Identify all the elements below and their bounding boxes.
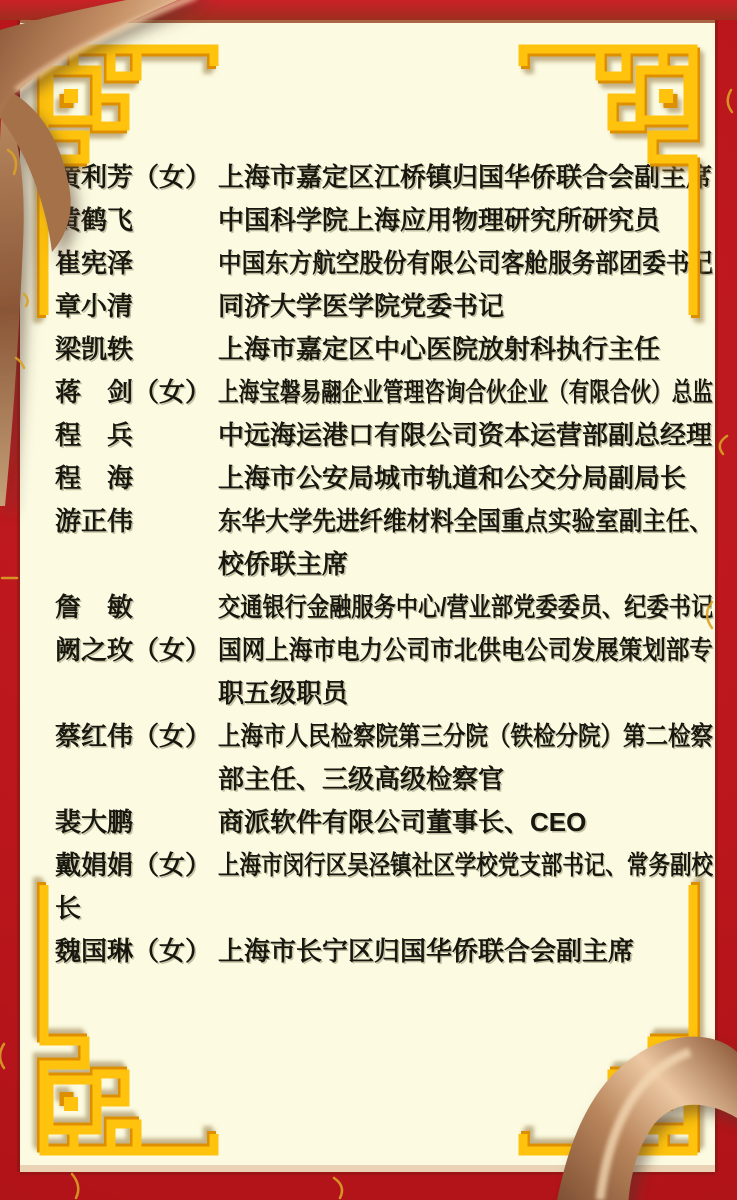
entry-desc-cell: 上海市人民检察院第三分院（铁检分院）第二检察 [218,723,713,750]
entry-line: 章小清 同济大学医学院党委书记 [55,285,713,328]
entry-desc-cell: 部主任、三级高级检察官 [218,766,713,793]
entry-name-cell: 蔡红伟（女） [55,723,218,750]
entry-line: 黄利芳（女） 上海市嘉定区江桥镇归国华侨联合会副主席 [55,156,713,199]
entry-desc-cell: 职五级职员 [218,680,713,707]
entry-name: 戴娟娟（女） [55,852,211,878]
entry-desc-cell: 上海市闵行区吴泾镇社区学校党支部书记、常务副校 [218,852,713,879]
entry-description: 同济大学医学院党委书记 [218,293,504,319]
entry-line: 阙之玫（女） 国网上海市电力公司市北供电公司发展策划部专 [55,629,713,672]
entry-name-cell: 梁凯轶 [55,336,218,363]
entry-description: 部主任、三级高级检察官 [218,766,504,792]
entry-description: 上海市嘉定区江桥镇归国华侨联合会副主席 [218,164,712,190]
entry-line: 职五级职员 [55,672,713,715]
entry-name-cell: 黄鹤飞 [55,207,218,234]
entry-name: 蒋 剑（女） [55,379,211,405]
entry-name-cell [55,685,218,703]
entry-name: 崔宪泽 [55,250,133,276]
entry-description: 交通银行金融服务中心/营业部党委委员、纪委书记 [218,594,713,620]
entry-line: 游正伟 东华大学先进纤维材料全国重点实验室副主任、 [55,500,713,543]
entry-name: 梁凯轶 [55,336,133,362]
entry-desc-cell: 中国科学院上海应用物理研究所研究员 [218,207,713,234]
entry-name-cell: 蒋 剑（女） [55,379,218,406]
entry-name-cell: 裴大鹏 [55,809,218,836]
entry-line: 长 [55,887,713,930]
entry-description: 中国东方航空股份有限公司客舱服务部团委书记 [218,250,713,276]
entry-name: 蔡红伟（女） [55,723,211,749]
entry-line: 崔宪泽 中国东方航空股份有限公司客舱服务部团委书记 [55,242,713,285]
entry-line: 裴大鹏 商派软件有限公司董事长、CEO [55,801,713,844]
entry-line: 黄鹤飞 中国科学院上海应用物理研究所研究员 [55,199,713,242]
entry-description: 国网上海市电力公司市北供电公司发展策划部专 [218,637,713,663]
entry-desc-cell: 上海市长宁区归国华侨联合会副主席 [218,938,713,965]
entry-desc-cell: 上海宝磐易翮企业管理咨询合伙企业（有限合伙）总监 [218,379,713,406]
entry-name-cell: 长 [55,895,218,922]
entry-desc-cell: 中远海运港口有限公司资本运营部副总经理 [218,422,713,449]
entry-name-cell [55,556,218,574]
entry-line: 梁凯轶 上海市嘉定区中心医院放射科执行主任 [55,328,713,371]
entry-description: 商派软件有限公司董事长、CEO [218,809,586,835]
entry-name: 黄利芳（女） [55,164,211,190]
entry-name-cell: 黄利芳（女） [55,164,218,191]
entry-desc-cell [218,900,713,918]
entry-line: 戴娟娟（女） 上海市闵行区吴泾镇社区学校党支部书记、常务副校 [55,844,713,887]
entry-name: 程 海 [55,465,133,491]
entry-name-cell: 戴娟娟（女） [55,852,218,879]
entry-name: 魏国琳（女） [55,938,211,964]
entry-line: 詹 敏 交通银行金融服务中心/营业部党委委员、纪委书记 [55,586,713,629]
entry-description: 上海宝磐易翮企业管理咨询合伙企业（有限合伙）总监 [218,379,713,405]
entry-description: 中远海运港口有限公司资本运营部副总经理 [218,422,712,448]
entry-desc-cell: 上海市嘉定区中心医院放射科执行主任 [218,336,713,363]
entry-name-cell: 章小清 [55,293,218,320]
entry-desc-cell: 东华大学先进纤维材料全国重点实验室副主任、 [218,508,713,535]
entry-desc-cell: 上海市公安局城市轨道和公交分局副局长 [218,465,713,492]
entry-description: 中国科学院上海应用物理研究所研究员 [218,207,660,233]
entry-name-cell: 阙之玫（女） [55,637,218,664]
entry-description: 上海市公安局城市轨道和公交分局副局长 [218,465,686,491]
entry-name: 游正伟 [55,508,133,534]
entry-description: 上海市长宁区归国华侨联合会副主席 [218,938,634,964]
entry-desc-cell: 上海市嘉定区江桥镇归国华侨联合会副主席 [218,164,713,191]
entry-name-cell [55,771,218,789]
entry-line: 部主任、三级高级检察官 [55,758,713,801]
entry-desc-cell: 交通银行金融服务中心/营业部党委委员、纪委书记 [218,594,713,621]
entry-name-cell: 程 海 [55,465,218,492]
entry-line: 蒋 剑（女） 上海宝磐易翮企业管理咨询合伙企业（有限合伙）总监 [55,371,713,414]
entry-description: 上海市嘉定区中心医院放射科执行主任 [218,336,660,362]
entry-name: 章小清 [55,293,133,319]
entry-desc-cell: 中国东方航空股份有限公司客舱服务部团委书记 [218,250,713,277]
entry-line: 程 海 上海市公安局城市轨道和公交分局副局长 [55,457,713,500]
entry-line: 程 兵 中远海运港口有限公司资本运营部副总经理 [55,414,713,457]
entry-name: 黄鹤飞 [55,207,133,233]
entry-desc-cell: 同济大学医学院党委书记 [218,293,713,320]
entry-name: 阙之玫（女） [55,637,211,663]
entry-line: 魏国琳（女） 上海市长宁区归国华侨联合会副主席 [55,930,713,973]
entry-description: 职五级职员 [218,680,348,706]
entry-description: 上海市人民检察院第三分院（铁检分院）第二检察 [218,723,713,749]
entry-description: 上海市闵行区吴泾镇社区学校党支部书记、常务副校 [218,852,713,878]
entry-name: 程 兵 [55,422,133,448]
entry-name-cell: 程 兵 [55,422,218,449]
entry-desc-cell: 校侨联主席 [218,551,713,578]
entry-name-cell: 崔宪泽 [55,250,218,277]
entry-name: 裴大鹏 [55,809,133,835]
entry-desc-cell: 国网上海市电力公司市北供电公司发展策划部专 [218,637,713,664]
certificate-page: 黄利芳（女） 上海市嘉定区江桥镇归国华侨联合会副主席 黄鹤飞 中国科学院上海应用… [0,0,737,1200]
entry-name-cell: 詹 敏 [55,594,218,621]
entry-line: 蔡红伟（女） 上海市人民检察院第三分院（铁检分院）第二检察 [55,715,713,758]
entry-name: 詹 敏 [55,594,133,620]
entry-desc-cell: 商派软件有限公司董事长、CEO [218,809,713,836]
entry-name-cell: 游正伟 [55,508,218,535]
entry-name-cell: 魏国琳（女） [55,938,218,965]
honor-roll-list: 黄利芳（女） 上海市嘉定区江桥镇归国华侨联合会副主席 黄鹤飞 中国科学院上海应用… [55,156,713,973]
entry-description: 东华大学先进纤维材料全国重点实验室副主任、 [218,508,713,534]
entry-description: 校侨联主席 [218,551,348,577]
entry-name: 长 [55,895,81,921]
entry-line: 校侨联主席 [55,543,713,586]
